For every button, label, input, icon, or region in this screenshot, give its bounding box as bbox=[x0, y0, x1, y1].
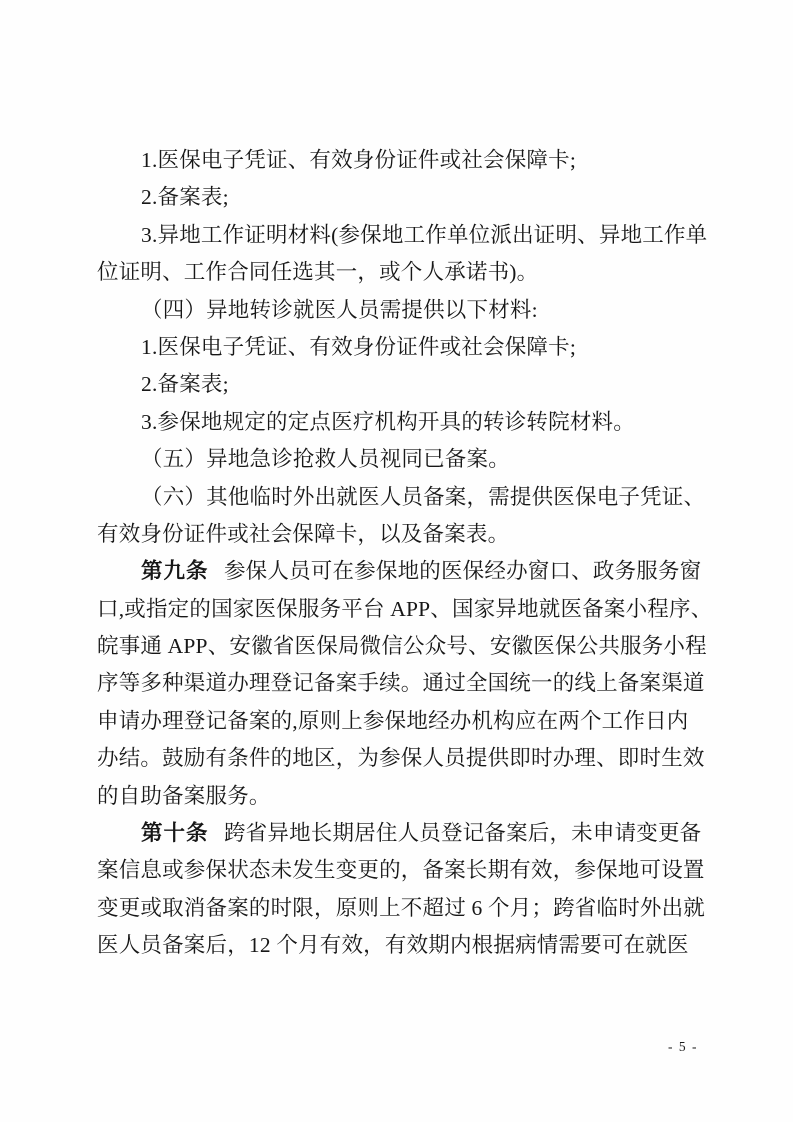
text-line: 皖事通 APP、安徽省医保局微信公众号、安徽医保公共服务小程 bbox=[97, 628, 711, 665]
page-number: - 5 - bbox=[668, 1038, 698, 1056]
text-line: 有效身份证件或社会保障卡，以及备案表。 bbox=[97, 516, 711, 553]
text-line: 3.参保地规定的定点医疗机构开具的转诊转院材料。 bbox=[97, 404, 711, 441]
text-line: 2.备案表; bbox=[97, 179, 711, 216]
text-line: 医人员备案后，12 个月有效，有效期内根据病情需要可在就医 bbox=[97, 927, 711, 964]
text-line: 案信息或参保状态未发生变更的，备案长期有效，参保地可设置 bbox=[97, 852, 711, 889]
text-line: 第十条跨省异地长期居住人员登记备案后，未申请变更备 bbox=[97, 815, 711, 852]
text-line: 序等多种渠道办理登记备案手续。通过全国统一的线上备案渠道 bbox=[97, 665, 711, 702]
text-line: （四）异地转诊就医人员需提供以下材料: bbox=[97, 292, 711, 329]
article-number: 第十条 bbox=[141, 821, 209, 845]
text-line: 3.异地工作证明材料(参保地工作单位派出证明、异地工作单 bbox=[97, 217, 711, 254]
text-line: 申请办理登记备案的,原则上参保地经办机构应在两个工作日内 bbox=[97, 703, 711, 740]
document-page: 1.医保电子凭证、有效身份证件或社会保障卡;2.备案表;3.异地工作证明材料(参… bbox=[0, 0, 793, 1122]
document-body: 1.医保电子凭证、有效身份证件或社会保障卡;2.备案表;3.异地工作证明材料(参… bbox=[97, 142, 711, 965]
text-line: （五）异地急诊抢救人员视同已备案。 bbox=[97, 441, 711, 478]
text-line: 办结。鼓励有条件的地区，为参保人员提供即时办理、即时生效 bbox=[97, 740, 711, 777]
text-line: 1.医保电子凭证、有效身份证件或社会保障卡; bbox=[97, 142, 711, 179]
article-number: 第九条 bbox=[141, 559, 209, 583]
text-line: 的自助备案服务。 bbox=[97, 778, 711, 815]
text-line: 2.备案表; bbox=[97, 366, 711, 403]
text-line: （六）其他临时外出就医人员备案，需提供医保电子凭证、 bbox=[97, 479, 711, 516]
text-line: 1.医保电子凭证、有效身份证件或社会保障卡; bbox=[97, 329, 711, 366]
text-line: 变更或取消备案的时限，原则上不超过 6 个月；跨省临时外出就 bbox=[97, 890, 711, 927]
text-line: 第九条参保人员可在参保地的医保经办窗口、政务服务窗 bbox=[97, 553, 711, 590]
text-line: 位证明、工作合同任选其一，或个人承诺书)。 bbox=[97, 254, 711, 291]
text-line: 口,或指定的国家医保服务平台 APP、国家异地就医备案小程序、 bbox=[97, 591, 711, 628]
